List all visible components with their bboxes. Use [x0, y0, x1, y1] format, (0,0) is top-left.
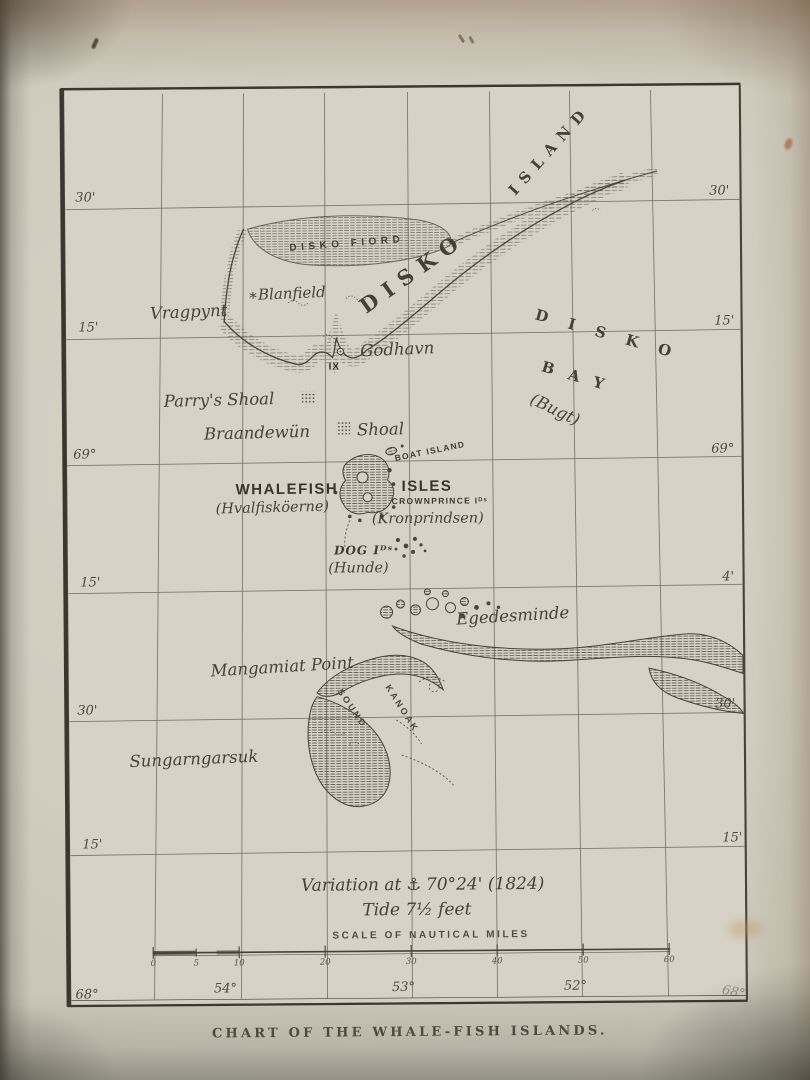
- lat-right-15-s: 15': [722, 830, 742, 845]
- page-caption: CHART OF THE WHALE-FISH ISLANDS.: [212, 1023, 608, 1041]
- scale-60: 60: [664, 955, 675, 965]
- label-vragpynt: Vragpynt: [150, 301, 228, 323]
- label-godhavn: Godhavn: [360, 338, 435, 360]
- label-isles: ISLES: [401, 478, 452, 495]
- scanned-book-page: Variation at ⚓ 70°24' (1824) Tide 7½ fee…: [0, 0, 810, 1080]
- lon-52: 52°: [564, 979, 587, 994]
- variation-note: Variation at ⚓ 70°24' (1824): [301, 874, 545, 896]
- lat-left-69: 69°: [73, 447, 96, 462]
- lon-54: 54°: [214, 981, 237, 996]
- scale-0: 0: [151, 959, 157, 969]
- lat-left-30-s: 30': [77, 703, 97, 718]
- label-blanfield: ∗Blanfield: [247, 283, 326, 304]
- lat-right-30-n: 30': [709, 183, 729, 198]
- lat-right-15-n: 15': [714, 313, 734, 328]
- lat-left-15-n: 15': [78, 320, 98, 335]
- scale-10: 10: [234, 958, 245, 968]
- lat-left-15-s: 15': [82, 837, 102, 852]
- scale-20: 20: [319, 958, 331, 968]
- scale-5: 5: [194, 959, 200, 969]
- label-braandewun: Braandewün: [203, 422, 310, 444]
- lat-right-30-s: 30': [715, 696, 735, 711]
- label-godhavn-ix: IX: [329, 362, 341, 373]
- scale-40: 40: [491, 956, 503, 966]
- scale-title: SCALE OF NAUTICAL MILES: [332, 929, 529, 942]
- label-hunde: (Hunde): [328, 560, 389, 576]
- lat-right-69: 69°: [711, 441, 734, 456]
- label-crownprince: CROWNPRINCE Iᴰˢ: [392, 495, 489, 506]
- label-kronprindsen: (Kronprindsen): [372, 510, 484, 527]
- lat-left-15-m: 15': [80, 575, 100, 590]
- scale-30: 30: [406, 957, 417, 967]
- scale-50: 50: [578, 956, 589, 966]
- braandewun-shoal-mark: [336, 421, 350, 434]
- whale-fish-islands-chart: Variation at ⚓ 70°24' (1824) Tide 7½ fee…: [0, 0, 810, 1080]
- lat-right-4: 4': [721, 569, 734, 584]
- label-parrys-shoal: Parry's Shoal: [163, 389, 275, 411]
- label-shoal-2: Shoal: [357, 419, 404, 439]
- label-dog-islands: DOG Iᴰˢ: [333, 543, 393, 557]
- label-whalefish: WHALEFISH: [235, 481, 338, 499]
- tide-note: Tide 7½ feet: [362, 899, 471, 920]
- lon-53: 53°: [392, 980, 415, 995]
- label-hvalfiskoerne: (Hvalfisköerne): [215, 499, 329, 518]
- lat-left-30-n: 30': [75, 190, 95, 205]
- parrys-shoal-mark: [302, 392, 315, 404]
